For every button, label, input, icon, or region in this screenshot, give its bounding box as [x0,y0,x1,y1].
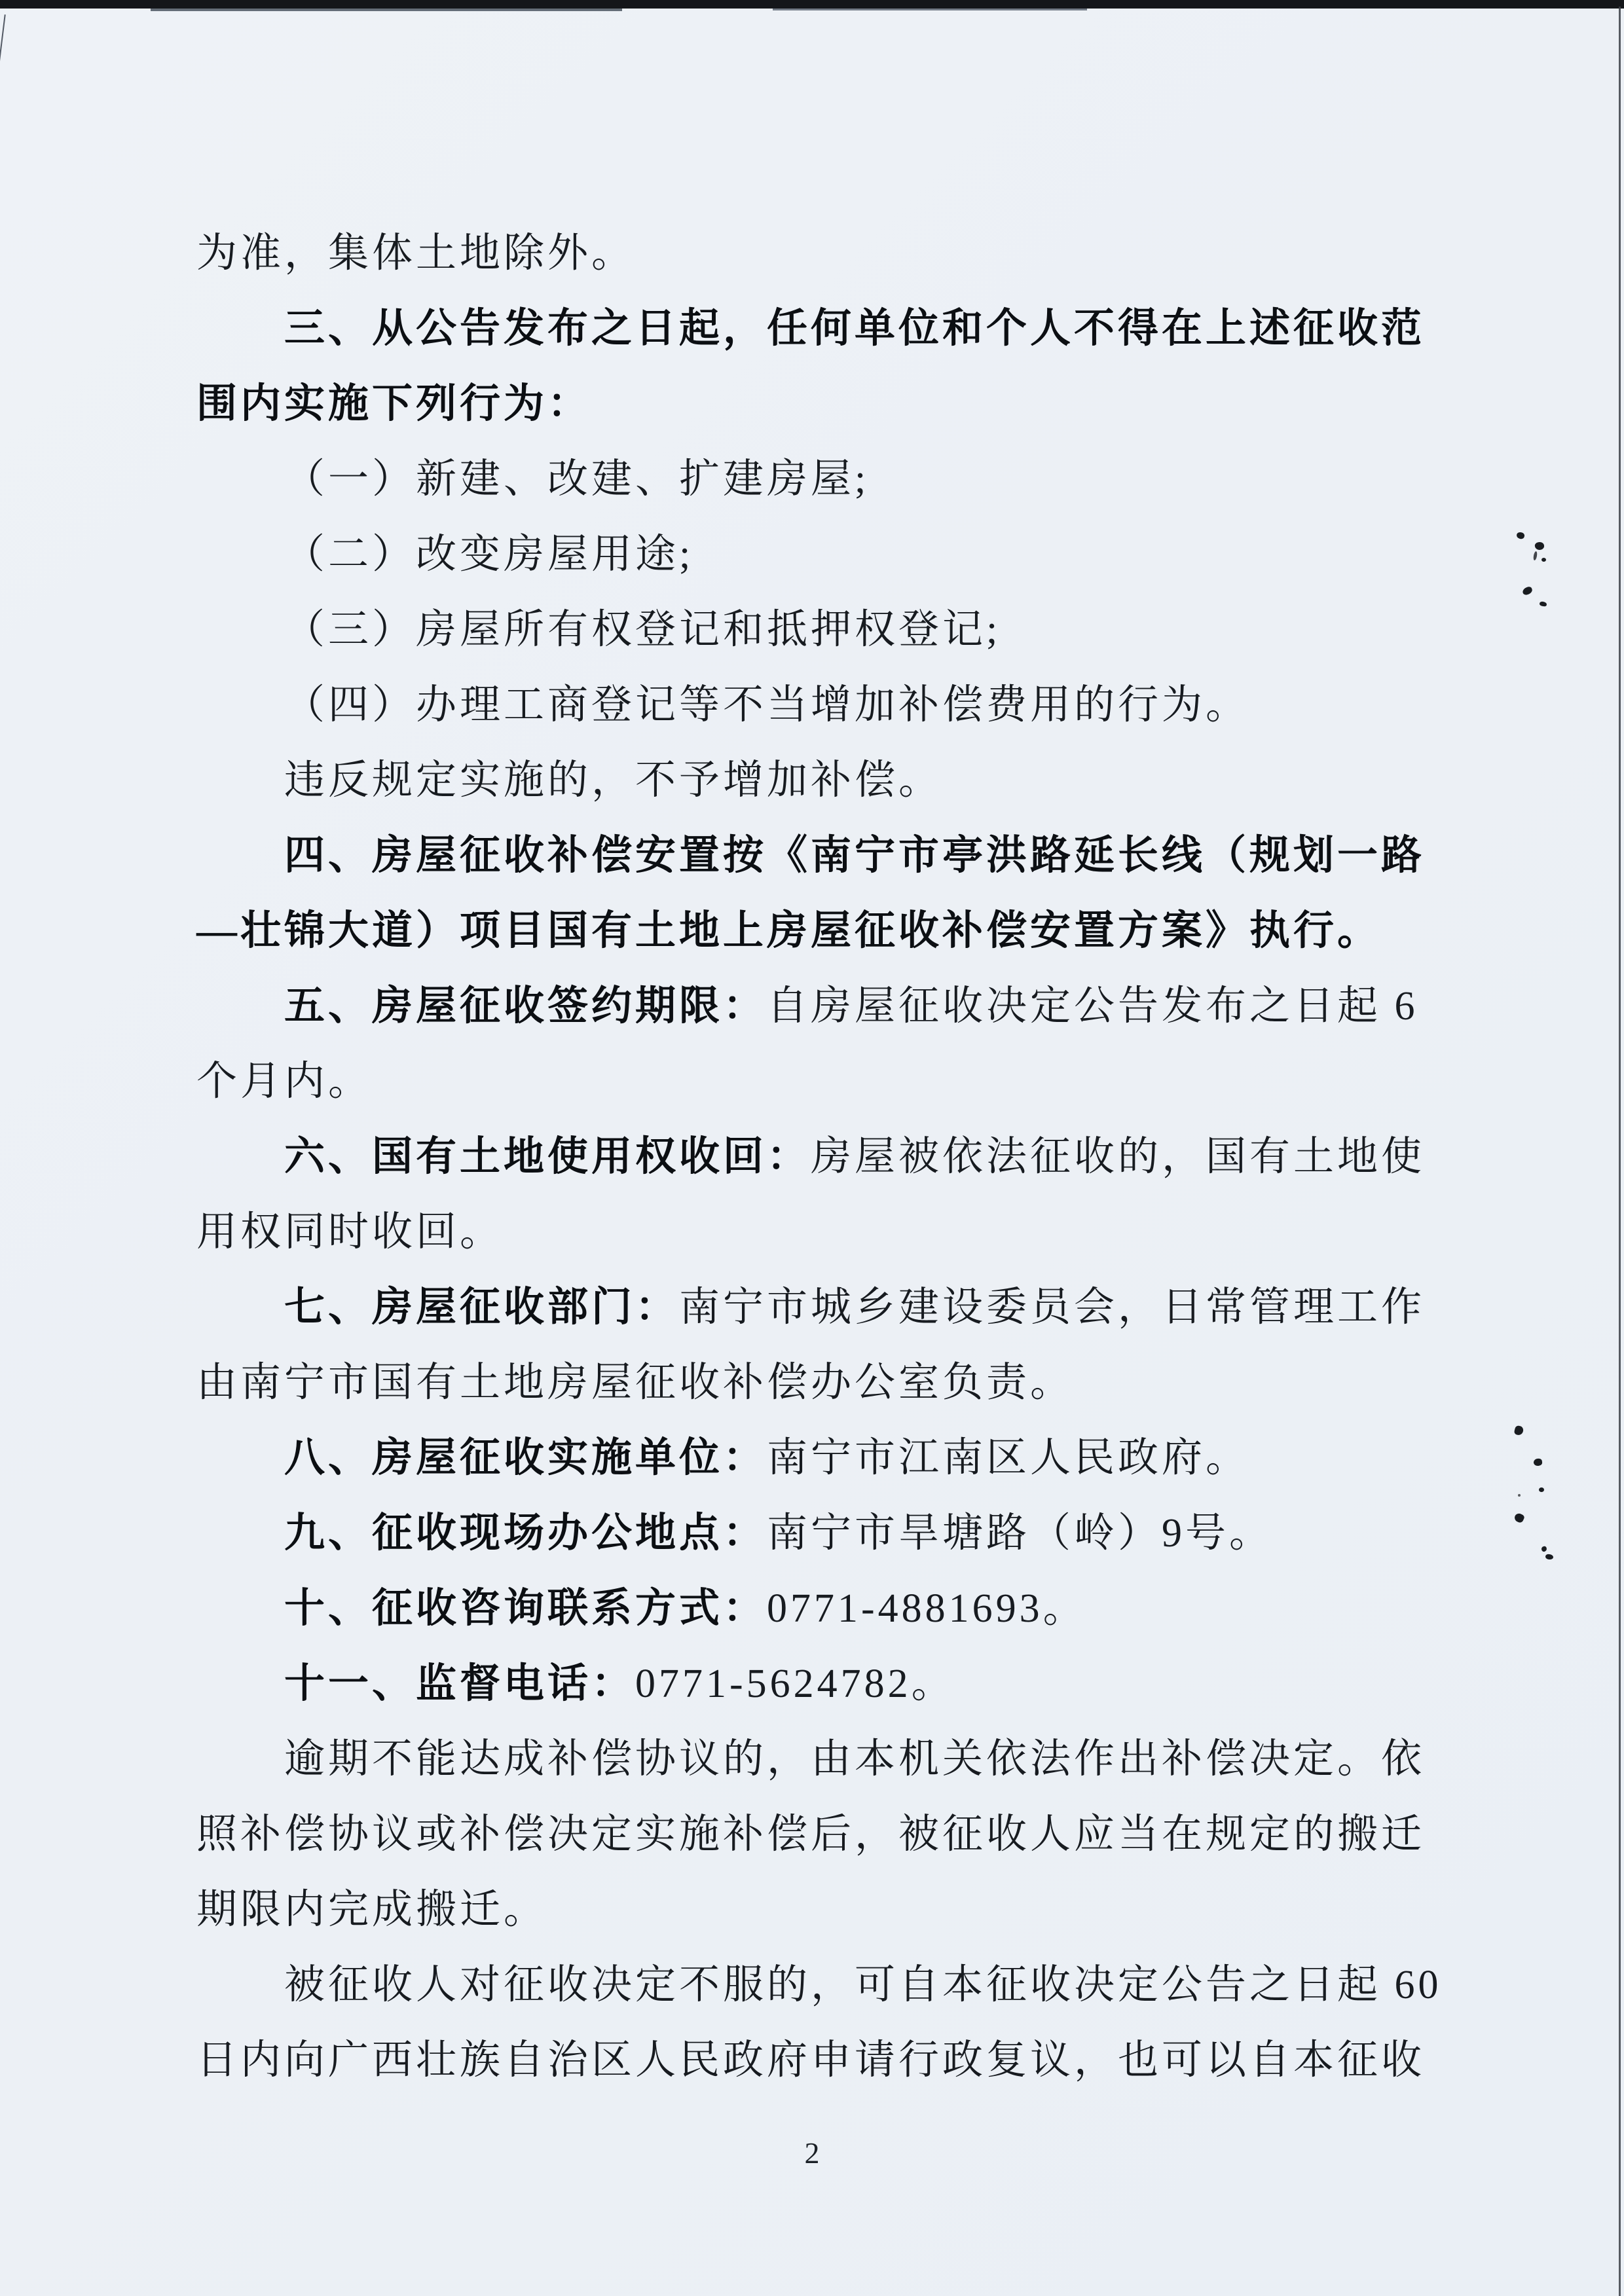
scan-top-edge-artifact [151,9,622,11]
text-line: （四）办理工商登记等不当增加补偿费用的行为。 [196,668,1434,743]
text-line: 五、房屋征收签约期限：自房屋征收决定公告发布之日起 6 [196,969,1434,1044]
scan-top-edge-artifact [773,9,1087,10]
scan-top-edge-artifact [0,0,1624,9]
text-line: 期限内完成搬迁。 [196,1872,1434,1948]
ink-speck [1522,586,1534,596]
text-line: （一）新建、改建、扩建房屋; [196,442,1434,517]
text-line: （二）改变房屋用途; [196,517,1434,592]
text-line: 为准，集体土地除外。 [196,216,1434,291]
text-line: 个月内。 [196,1044,1434,1120]
ink-speck [1539,1487,1544,1492]
scan-corner-artifact [0,14,6,65]
text-line: 七、房屋征收部门：南宁市城乡建设委员会，日常管理工作 [196,1270,1434,1345]
scanned-document-page: 为准，集体土地除外。 三、从公告发布之日起，任何单位和个人不得在上述征收范 围内… [0,0,1624,2296]
text-line: 日内向广西壮族自治区人民政府申请行政复议，也可以自本征收 [196,2023,1434,2098]
text-line: 四、房屋征收补偿安置按《南宁市亭洪路延长线（规划一路 [196,818,1434,894]
ink-speck [1518,1494,1521,1497]
text-line: 用权同时收回。 [196,1195,1434,1270]
text-line: 照补偿协议或补偿决定实施补偿后，被征收人应当在规定的搬迁 [196,1797,1434,1872]
text-line: 九、征收现场办公地点：南宁市旱塘路（岭）9号。 [196,1496,1434,1571]
document-body: 为准，集体土地除外。 三、从公告发布之日起，任何单位和个人不得在上述征收范 围内… [196,216,1434,2098]
ink-speck [1541,558,1546,562]
ink-speck [1513,1512,1525,1524]
text-line: 逾期不能达成补偿协议的，由本机关依法作出补偿决定。依 [196,1722,1434,1797]
text-line: 被征收人对征收决定不服的，可自本征收决定公告之日起 60 [196,1948,1434,2023]
text-line: 由南宁市国有土地房屋征收补偿办公室负责。 [196,1345,1434,1421]
text-line: 十、征收咨询联系方式：0771-4881693。 [196,1571,1434,1647]
text-line: 十一、监督电话：0771-5624782。 [196,1647,1434,1722]
text-line: —壮锦大道）项目国有土地上房屋征收补偿安置方案》执行。 [196,894,1434,969]
ink-speck [1516,531,1526,539]
text-line: 违反规定实施的，不予增加补偿。 [196,743,1434,818]
ink-speck [1533,551,1538,561]
ink-speck [1533,1458,1542,1467]
text-line: 围内实施下列行为： [196,367,1434,442]
scan-right-edge-artifact [1619,7,1621,2296]
ink-speck [1513,1425,1524,1436]
ink-speck [1540,601,1547,606]
text-line: 三、从公告发布之日起，任何单位和个人不得在上述征收范 [196,291,1434,367]
text-line: 八、房屋征收实施单位：南宁市江南区人民政府。 [196,1421,1434,1496]
text-line: （三）房屋所有权登记和抵押权登记; [196,592,1434,668]
page-number: 2 [0,2136,1624,2170]
ink-speck [1545,1554,1554,1559]
text-line: 六、国有土地使用权收回：房屋被依法征收的，国有土地使 [196,1120,1434,1195]
ink-speck [1534,541,1545,551]
ink-speck [1541,1546,1547,1552]
